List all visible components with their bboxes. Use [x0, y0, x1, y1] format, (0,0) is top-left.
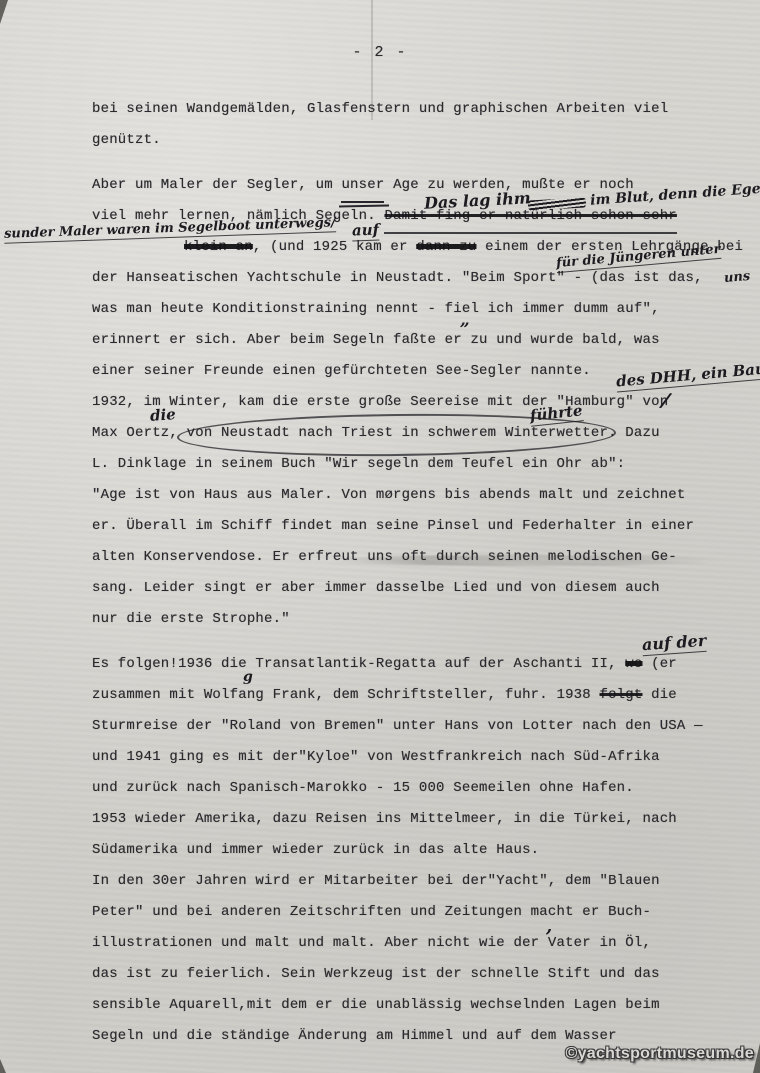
- typed-segment: Aber um Maler der Segler, um: [92, 170, 341, 201]
- typed-segment: und 1941 ging es mit der"Kyloe" von West…: [92, 742, 660, 773]
- typed-segment-strike-heavy: klein an: [184, 232, 253, 263]
- typed-segment: einem der ersten Lehrgänge bei: [476, 232, 743, 263]
- typed-line: bei seinen Wandgemälden, Glasfenstern un…: [92, 94, 740, 125]
- typed-segment-strike-heavy: wo: [625, 649, 642, 680]
- typed-segment-strike-heavy: dann zu: [416, 232, 476, 263]
- typed-segment-strike: Damit fing er natürlich schon sehr: [384, 201, 676, 234]
- typed-line: Aber um Maler der Segler, um unser Age z…: [92, 170, 740, 201]
- typed-segment: die: [643, 680, 677, 711]
- scan-corner-shadow: [0, 0, 8, 24]
- typed-segment: das ist zu feierlich. Sein Werkzeug ist …: [92, 959, 660, 990]
- typed-segment: "Age ist von Haus aus Maler. Von mørgens…: [92, 480, 686, 511]
- typed-segment: Südamerika und immer wieder zurück in da…: [92, 835, 539, 866]
- typed-segment: und zurück nach Spanisch-Marokko - 15 00…: [92, 773, 634, 804]
- scanned-document-page: - 2 - bei seinen Wandgemälden, Glasfenst…: [0, 0, 760, 1073]
- typed-segment-circled: von Neustadt nach Triest in schwerem Win…: [187, 418, 608, 449]
- typed-segment: genützt.: [92, 125, 161, 156]
- typed-segment: Sturmreise der "Roland von Bremen" unter…: [92, 711, 703, 742]
- typed-line: er. Überall im Schiff findet man seine P…: [92, 511, 740, 542]
- typed-line: das ist zu feierlich. Sein Werkzeug ist …: [92, 959, 740, 990]
- typed-segment: bei seinen Wandgemälden, Glasfenstern un…: [92, 94, 668, 125]
- page-number: - 2 -: [0, 44, 760, 61]
- typed-segment: Age zu werden, mußte er noch: [384, 170, 633, 201]
- typed-segment: 1953 wieder Amerika, dazu Reisen ins Mit…: [92, 804, 677, 835]
- typed-line: erinnert er sich. Aber beim Segeln faßte…: [92, 325, 740, 356]
- typed-segment: , (und 1925 kam er: [253, 232, 416, 263]
- typed-line: Peter" und bei anderen Zeitschriften und…: [92, 897, 740, 928]
- typed-line: klein an, (und 1925 kam er dann zu einem…: [92, 232, 740, 263]
- typed-line: was man heute Konditionstraining nennt -…: [92, 294, 740, 325]
- typed-line: In den 30er Jahren wird er Mitarbeiter b…: [92, 866, 740, 897]
- watermark: ©yachtsportmuseum.de: [566, 1045, 755, 1063]
- typed-segment: was man heute Konditionstraining nennt -…: [92, 294, 660, 325]
- typed-segment: nur die erste Strophe.": [92, 604, 290, 635]
- typed-line: "Age ist von Haus aus Maler. Von mørgens…: [92, 480, 740, 511]
- typed-segment: Peter" und bei anderen Zeitschriften und…: [92, 897, 651, 928]
- typed-segment: sensible Aquarell,mit dem er die unabläs…: [92, 990, 660, 1021]
- typed-segment: einer seiner Freunde einen gefürchteten …: [92, 356, 591, 387]
- typed-line: Es folgen!1936 die Transatlantik-Regatta…: [92, 649, 740, 680]
- typed-line: viel mehr lernen, nämlich Segeln. Damit …: [92, 201, 740, 232]
- typed-lines: bei seinen Wandgemälden, Glasfenstern un…: [92, 94, 740, 1052]
- scan-corner-shadow: [753, 1043, 760, 1073]
- typed-segment: Es folgen!1936 die Transatlantik-Regatta…: [92, 649, 625, 680]
- typed-segment: alten Konservendose. Er erfreut uns oft …: [92, 542, 677, 573]
- typed-line: nur die erste Strophe.": [92, 604, 740, 635]
- typed-segment: In den 30er Jahren wird er Mitarbeiter b…: [92, 866, 660, 897]
- typed-line: der Hanseatischen Yachtschule in Neustad…: [92, 263, 740, 294]
- typed-line: und 1941 ging es mit der"Kyloe" von West…: [92, 742, 740, 773]
- typed-segment: erinnert er sich. Aber beim Segeln faßte…: [92, 325, 660, 356]
- typed-segment: er. Überall im Schiff findet man seine P…: [92, 511, 694, 542]
- typed-line: sensible Aquarell,mit dem er die unabläs…: [92, 990, 740, 1021]
- typed-segment-hand-underline: unser: [341, 170, 384, 203]
- typed-line: und zurück nach Spanisch-Marokko - 15 00…: [92, 773, 740, 804]
- typed-line: 1953 wieder Amerika, dazu Reisen ins Mit…: [92, 804, 740, 835]
- typed-segment: zusammen mit Wolfang Frank, dem Schrifts…: [92, 680, 599, 711]
- typed-line: Südamerika und immer wieder zurück in da…: [92, 835, 740, 866]
- typed-line: Sturmreise der "Roland von Bremen" unter…: [92, 711, 740, 742]
- typed-segment: der Hanseatischen Yachtschule in Neustad…: [92, 263, 703, 294]
- typed-segment: Segeln und die ständige Änderung am Himm…: [92, 1021, 617, 1052]
- typed-line: sang. Leider singt er aber immer dasselb…: [92, 573, 740, 604]
- typed-line: genützt.: [92, 125, 740, 156]
- typed-line: illustrationen und malt und malt. Aber n…: [92, 928, 740, 959]
- typed-segment: Max Oertz,: [92, 418, 187, 449]
- typed-segment: illustrationen und malt und malt. Aber n…: [92, 928, 651, 959]
- typed-segment: sang. Leider singt er aber immer dasselb…: [92, 573, 660, 604]
- typed-line: einer seiner Freunde einen gefürchteten …: [92, 356, 740, 387]
- typed-line: alten Konservendose. Er erfreut uns oft …: [92, 542, 740, 573]
- scan-corner-shadow: [0, 1059, 6, 1073]
- typed-line: Max Oertz, von Neustadt nach Triest in s…: [92, 418, 740, 449]
- typed-segment: (er: [643, 649, 677, 680]
- typed-segment-strike: folgt: [599, 680, 642, 711]
- typed-line: zusammen mit Wolfang Frank, dem Schrifts…: [92, 680, 740, 711]
